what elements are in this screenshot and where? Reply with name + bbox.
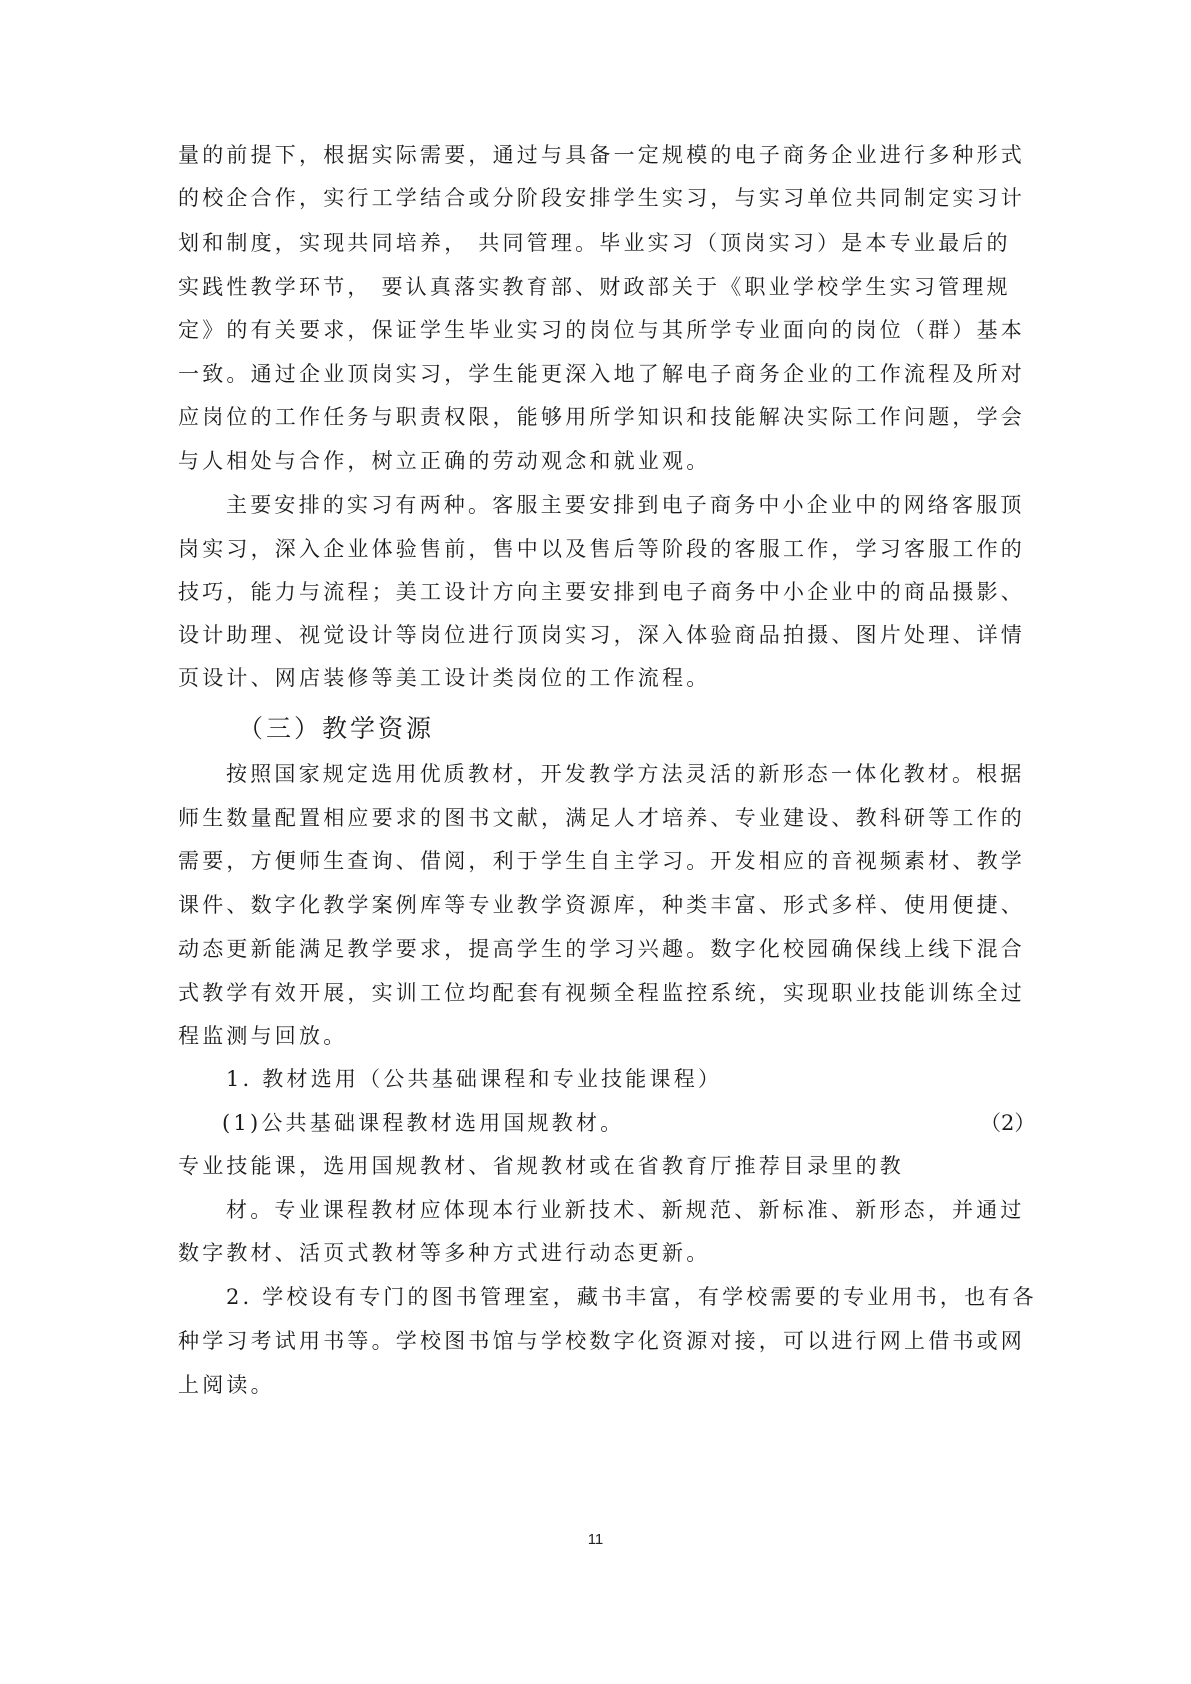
list-item-title: 1. 教材选用（公共基础课程和专业技能课程）	[226, 1064, 1066, 1094]
paragraph-line: 应岗位的工作任务与职责权限，能够用所学知识和技能解决实际工作问题，学会	[178, 402, 1018, 432]
list-subitem: (1)公共基础课程教材选用国规教材。	[222, 1108, 1062, 1138]
paragraph-line: 实践性教学环节， 要认真落实教育部、财政部关于《职业学校学生实习管理规	[178, 272, 1018, 302]
paragraph-line: 设计助理、视觉设计等岗位进行顶岗实习，深入体验商品拍摄、图片处理、详情	[178, 620, 1018, 650]
paragraph-line: 划和制度，实现共同培养， 共同管理。毕业实习（顶岗实习）是本专业最后的	[178, 228, 1018, 258]
page-number: 11	[0, 1531, 1191, 1548]
paragraph-line: 技巧，能力与流程；美工设计方向主要安排到电子商务中小企业中的商品摄影、	[178, 577, 1018, 607]
paragraph-line: 的校企合作，实行工学结合或分阶段安排学生实习，与实习单位共同制定实习计	[178, 183, 1018, 213]
paragraph-line: 师生数量配置相应要求的图书文献，满足人才培养、专业建设、教科研等工作的	[178, 803, 1018, 833]
list-subitem-marker: （2）	[980, 1108, 1035, 1138]
paragraph-line: 动态更新能满足教学要求，提高学生的学习兴趣。数字化校园确保线上线下混合	[178, 934, 1018, 964]
list-subitem: 专业技能课，选用国规教材、省规教材或在省教育厅推荐目录里的教	[178, 1151, 1018, 1181]
paragraph-line: 式教学有效开展，实训工位均配套有视频全程监控系统，实现职业技能训练全过	[178, 978, 1018, 1008]
paragraph-line: 岗实习，深入企业体验售前，售中以及售后等阶段的客服工作，学习客服工作的	[178, 534, 1018, 564]
paragraph-line: 定》的有关要求，保证学生毕业实习的岗位与其所学专业面向的岗位（群）基本	[178, 315, 1018, 345]
list-item-title: 2. 学校设有专门的图书管理室，藏书丰富，有学校需要的专业用书，也有各	[226, 1282, 1066, 1312]
paragraph-line: 种学习考试用书等。学校图书馆与学校数字化资源对接，可以进行网上借书或网	[178, 1326, 1018, 1356]
paragraph-line: 需要，方便师生查询、借阅，利于学生自主学习。开发相应的音视频素材、教学	[178, 846, 1018, 876]
section-heading: （三）教学资源	[238, 712, 434, 746]
paragraph-line: 一致。通过企业顶岗实习，学生能更深入地了解电子商务企业的工作流程及所对	[178, 359, 1018, 389]
paragraph-line: 数字教材、活页式教材等多种方式进行动态更新。	[178, 1238, 1018, 1268]
document-page: 量的前提下，根据实际需要，通过与具备一定规模的电子商务企业进行多种形式 的校企合…	[0, 0, 1191, 1684]
paragraph-line: 程监测与回放。	[178, 1021, 1018, 1051]
paragraph-line: 主要安排的实习有两种。客服主要安排到电子商务中小企业中的网络客服顶	[226, 490, 1066, 520]
paragraph-line: 材。专业课程教材应体现本行业新技术、新规范、新标准、新形态，并通过	[226, 1195, 1066, 1225]
paragraph-line: 页设计、网店装修等美工设计类岗位的工作流程。	[178, 663, 1018, 693]
paragraph-line: 量的前提下，根据实际需要，通过与具备一定规模的电子商务企业进行多种形式	[178, 140, 1018, 170]
paragraph-line: 按照国家规定选用优质教材，开发教学方法灵活的新形态一体化教材。根据	[226, 759, 1066, 789]
paragraph-line: 上阅读。	[178, 1370, 1018, 1400]
paragraph-line: 与人相处与合作，树立正确的劳动观念和就业观。	[178, 446, 1018, 476]
paragraph-line: 课件、数字化教学案例库等专业教学资源库，种类丰富、形式多样、使用便捷、	[178, 890, 1018, 920]
